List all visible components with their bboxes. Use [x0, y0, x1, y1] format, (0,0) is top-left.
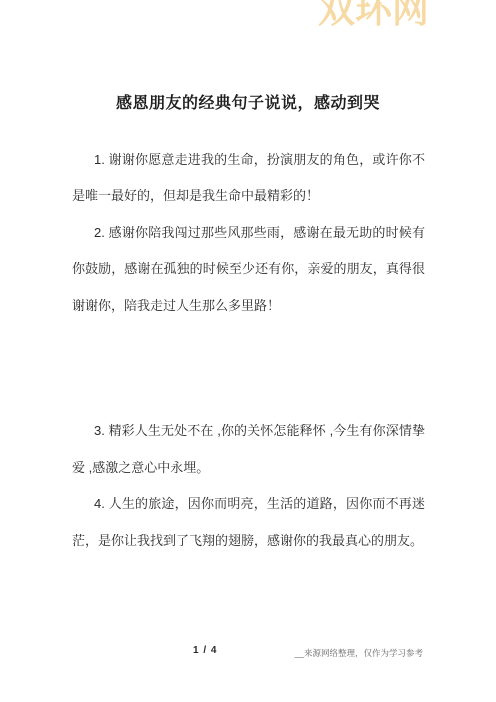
paragraph-4: 4. 人生的旅途，因你而明亮，生活的道路，因你而不再迷茫，是你让我找到了飞翔的翅…: [72, 486, 425, 559]
footer-source-note: __来源网络整理，仅作为学习参考: [295, 647, 423, 659]
paragraph-1: 1. 谢谢你愿意走进我的生命，扮演朋友的角色，或许你不是唯一最好的，但却是我生命…: [72, 142, 425, 215]
document-body: 1. 谢谢你愿意走进我的生命，扮演朋友的角色，或许你不是唯一最好的，但却是我生命…: [72, 142, 425, 560]
page-number: 1 / 4: [193, 645, 217, 656]
paragraph-3: 3. 精彩人生无处不在 ,你的关怀怎能释怀 ,今生有你深情挚爱 ,感激之意心中永…: [72, 413, 425, 486]
site-watermark: 双环网: [318, 0, 429, 29]
document-page: 双环网 感恩朋友的经典句子说说，感动到哭 1. 谢谢你愿意走进我的生命，扮演朋友…: [0, 0, 496, 702]
blank-space: [72, 324, 425, 413]
paragraph-2: 2. 感谢你陪我闯过那些风那些雨，感谢在最无助的时候有你鼓励，感谢在孤独的时候至…: [72, 215, 425, 325]
